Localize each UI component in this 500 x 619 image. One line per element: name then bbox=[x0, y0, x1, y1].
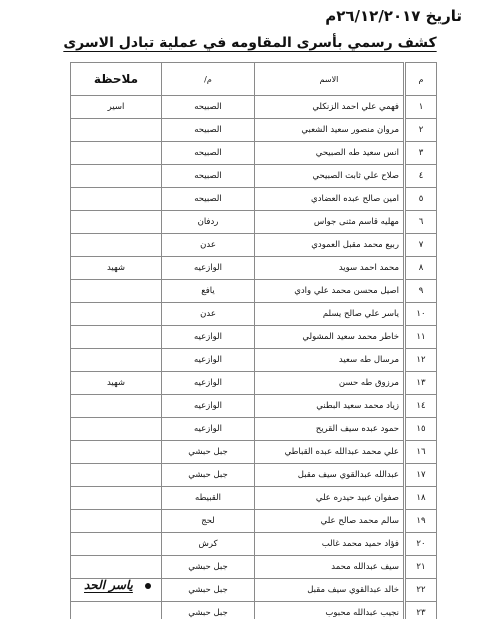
table-body: ١فهمي علي احمد الزنكليالصبيحهاسير٢مروان … bbox=[71, 96, 437, 619]
table-row: ١٧عبدالله عبدالقوي سيف مقبلجبل حبشي bbox=[71, 464, 437, 487]
table-row: ٣انس سعيد طه الصبيحيالصبيحه bbox=[71, 142, 437, 165]
row-note bbox=[71, 188, 162, 211]
row-number: ٩ bbox=[405, 280, 437, 303]
bullet-icon bbox=[145, 583, 151, 589]
header-name: الاسم bbox=[255, 63, 405, 96]
prisoner-name: اصيل محسن محمد علي وادي bbox=[255, 280, 405, 303]
prisoner-name: صلاح علي ثابت الصبيحي bbox=[255, 165, 405, 188]
row-number: ٧ bbox=[405, 234, 437, 257]
table-row: ١٨صفوان عبيد حيدره عليالقبيطه bbox=[71, 487, 437, 510]
prisoner-name: حمود عبده سيف القريح bbox=[255, 418, 405, 441]
table-row: ١٣مرزوق طه حسنالوازعيهشهيد bbox=[71, 372, 437, 395]
table-row: ٤صلاح علي ثابت الصبيحيالصبيحه bbox=[71, 165, 437, 188]
table-row: ٢مروان منصور سعيد الشعبيالصبيحه bbox=[71, 119, 437, 142]
row-number: ١٦ bbox=[405, 441, 437, 464]
row-governorate: الوازعيه bbox=[162, 372, 255, 395]
row-note bbox=[71, 487, 162, 510]
prisoner-name: فهمي علي احمد الزنكلي bbox=[255, 96, 405, 119]
row-number: ٦ bbox=[405, 211, 437, 234]
row-number: ٢٢ bbox=[405, 579, 437, 602]
header-note: ملاحظة bbox=[71, 63, 162, 96]
row-note bbox=[71, 234, 162, 257]
row-governorate: جبل حبشي bbox=[162, 464, 255, 487]
row-governorate: الصبيحه bbox=[162, 96, 255, 119]
row-note bbox=[71, 556, 162, 579]
row-number: ١٧ bbox=[405, 464, 437, 487]
table-row: ٢١سيف عبدالله محمدجبل حبشي bbox=[71, 556, 437, 579]
row-governorate: لحج bbox=[162, 510, 255, 533]
row-note bbox=[71, 533, 162, 556]
row-note bbox=[71, 349, 162, 372]
row-number: ٤ bbox=[405, 165, 437, 188]
row-governorate: جبل حبشي bbox=[162, 602, 255, 619]
row-number: ١٨ bbox=[405, 487, 437, 510]
row-governorate: ردفان bbox=[162, 211, 255, 234]
row-governorate: الوازعيه bbox=[162, 349, 255, 372]
row-number: ١٠ bbox=[405, 303, 437, 326]
row-number: ٢٣ bbox=[405, 602, 437, 619]
prisoner-name: مرسال طه سعيد bbox=[255, 349, 405, 372]
row-note bbox=[71, 510, 162, 533]
row-note: شهيد bbox=[71, 372, 162, 395]
table-row: ٨محمد احمد سويدالوازعيهشهيد bbox=[71, 257, 437, 280]
table-row: ١٦علي محمد عبدالله عبده القباطيجبل حبشي bbox=[71, 441, 437, 464]
table-row: ١٥حمود عبده سيف القريحالوازعيه bbox=[71, 418, 437, 441]
row-note: اسير bbox=[71, 96, 162, 119]
prisoner-name: انس سعيد طه الصبيحي bbox=[255, 142, 405, 165]
prisoner-name: خالد عبدالقوي سيف مقبل bbox=[255, 579, 405, 602]
prisoner-name: مهليه قاسم مثنى جواس bbox=[255, 211, 405, 234]
prisoner-name: ياسر علي صالح يسلم bbox=[255, 303, 405, 326]
row-note bbox=[71, 441, 162, 464]
signature-name: ياسر الحد bbox=[84, 578, 133, 592]
row-number: ١٩ bbox=[405, 510, 437, 533]
table-row: ٢٣نجيب عبدالله محبوبجبل حبشي bbox=[71, 602, 437, 619]
prisoner-name: مروان منصور سعيد الشعبي bbox=[255, 119, 405, 142]
row-governorate: الوازعيه bbox=[162, 326, 255, 349]
row-note bbox=[71, 303, 162, 326]
row-number: ١ bbox=[405, 96, 437, 119]
prisoner-name: محمد احمد سويد bbox=[255, 257, 405, 280]
row-governorate: الصبيحه bbox=[162, 119, 255, 142]
row-number: ٨ bbox=[405, 257, 437, 280]
table-row: ١١خاطر محمد سعيد المشوليالوازعيه bbox=[71, 326, 437, 349]
row-governorate: عدن bbox=[162, 234, 255, 257]
row-note bbox=[71, 211, 162, 234]
row-number: ٣ bbox=[405, 142, 437, 165]
prisoner-name: مرزوق طه حسن bbox=[255, 372, 405, 395]
row-number: ١٢ bbox=[405, 349, 437, 372]
header-number: م bbox=[405, 63, 437, 96]
row-number: ١٥ bbox=[405, 418, 437, 441]
row-governorate: الصبيحه bbox=[162, 142, 255, 165]
row-note bbox=[71, 165, 162, 188]
row-governorate: عدن bbox=[162, 303, 255, 326]
row-number: ٢٠ bbox=[405, 533, 437, 556]
row-governorate: الوازعيه bbox=[162, 395, 255, 418]
row-governorate: جبل حبشي bbox=[162, 441, 255, 464]
prisoner-name: علي محمد عبدالله عبده القباطي bbox=[255, 441, 405, 464]
row-number: ١١ bbox=[405, 326, 437, 349]
prisoners-table: م الاسم م/ ملاحظة ١فهمي علي احمد الزنكلي… bbox=[70, 62, 437, 619]
row-governorate: يافع bbox=[162, 280, 255, 303]
prisoner-name: امين صالح عبده العضادي bbox=[255, 188, 405, 211]
prisoner-name: عبدالله عبدالقوي سيف مقبل bbox=[255, 464, 405, 487]
row-note bbox=[71, 418, 162, 441]
table-row: ٥امين صالح عبده العضاديالصبيحه bbox=[71, 188, 437, 211]
row-note bbox=[71, 602, 162, 619]
prisoner-name: زياد محمد سعيد البطني bbox=[255, 395, 405, 418]
prisoner-name: خاطر محمد سعيد المشولي bbox=[255, 326, 405, 349]
table-row: ١فهمي علي احمد الزنكليالصبيحهاسير bbox=[71, 96, 437, 119]
table-row: ٢٠فؤاد حميد محمد غالبكرش bbox=[71, 533, 437, 556]
row-note: شهيد bbox=[71, 257, 162, 280]
row-number: ٢ bbox=[405, 119, 437, 142]
table-row: ٧ربيع محمد مقبل العموديعدن bbox=[71, 234, 437, 257]
row-note bbox=[71, 119, 162, 142]
prisoner-name: فؤاد حميد محمد غالب bbox=[255, 533, 405, 556]
table-row: ١٤زياد محمد سعيد البطنيالوازعيه bbox=[71, 395, 437, 418]
row-note bbox=[71, 142, 162, 165]
row-governorate: الوازعيه bbox=[162, 418, 255, 441]
document-date: تاريخ ٢٦/١٢/٢٠١٧م bbox=[325, 7, 462, 25]
row-governorate: كرش bbox=[162, 533, 255, 556]
header-governorate: م/ bbox=[162, 63, 255, 96]
prisoner-name: سالم محمد صالح علي bbox=[255, 510, 405, 533]
row-number: ٥ bbox=[405, 188, 437, 211]
row-note bbox=[71, 395, 162, 418]
row-number: ١٣ bbox=[405, 372, 437, 395]
table-row: ١٠ياسر علي صالح يسلمعدن bbox=[71, 303, 437, 326]
row-note bbox=[71, 464, 162, 487]
prisoner-name: نجيب عبدالله محبوب bbox=[255, 602, 405, 619]
document-title: كشف رسمي بأسرى المقاومه في عملية تبادل ا… bbox=[0, 35, 500, 51]
row-note bbox=[71, 326, 162, 349]
table-header-row: م الاسم م/ ملاحظة bbox=[71, 63, 437, 96]
document-title-text: كشف رسمي بأسرى المقاومه في عملية تبادل ا… bbox=[63, 35, 436, 51]
prisoner-name: صفوان عبيد حيدره علي bbox=[255, 487, 405, 510]
table-row: ١٩سالم محمد صالح عليلحج bbox=[71, 510, 437, 533]
prisoner-name: ربيع محمد مقبل العمودي bbox=[255, 234, 405, 257]
row-governorate: الصبيحه bbox=[162, 188, 255, 211]
footer-signature: ياسر الحد bbox=[84, 578, 151, 592]
row-governorate: جبل حبشي bbox=[162, 556, 255, 579]
row-governorate: الوازعيه bbox=[162, 257, 255, 280]
row-governorate: جبل حبشي bbox=[162, 579, 255, 602]
prisoner-name: سيف عبدالله محمد bbox=[255, 556, 405, 579]
row-governorate: الصبيحه bbox=[162, 165, 255, 188]
row-governorate: القبيطه bbox=[162, 487, 255, 510]
table-row: ٦مهليه قاسم مثنى جواسردفان bbox=[71, 211, 437, 234]
table-row: ١٢مرسال طه سعيدالوازعيه bbox=[71, 349, 437, 372]
table-row: ٩اصيل محسن محمد علي وادييافع bbox=[71, 280, 437, 303]
row-note bbox=[71, 280, 162, 303]
row-number: ١٤ bbox=[405, 395, 437, 418]
row-number: ٢١ bbox=[405, 556, 437, 579]
